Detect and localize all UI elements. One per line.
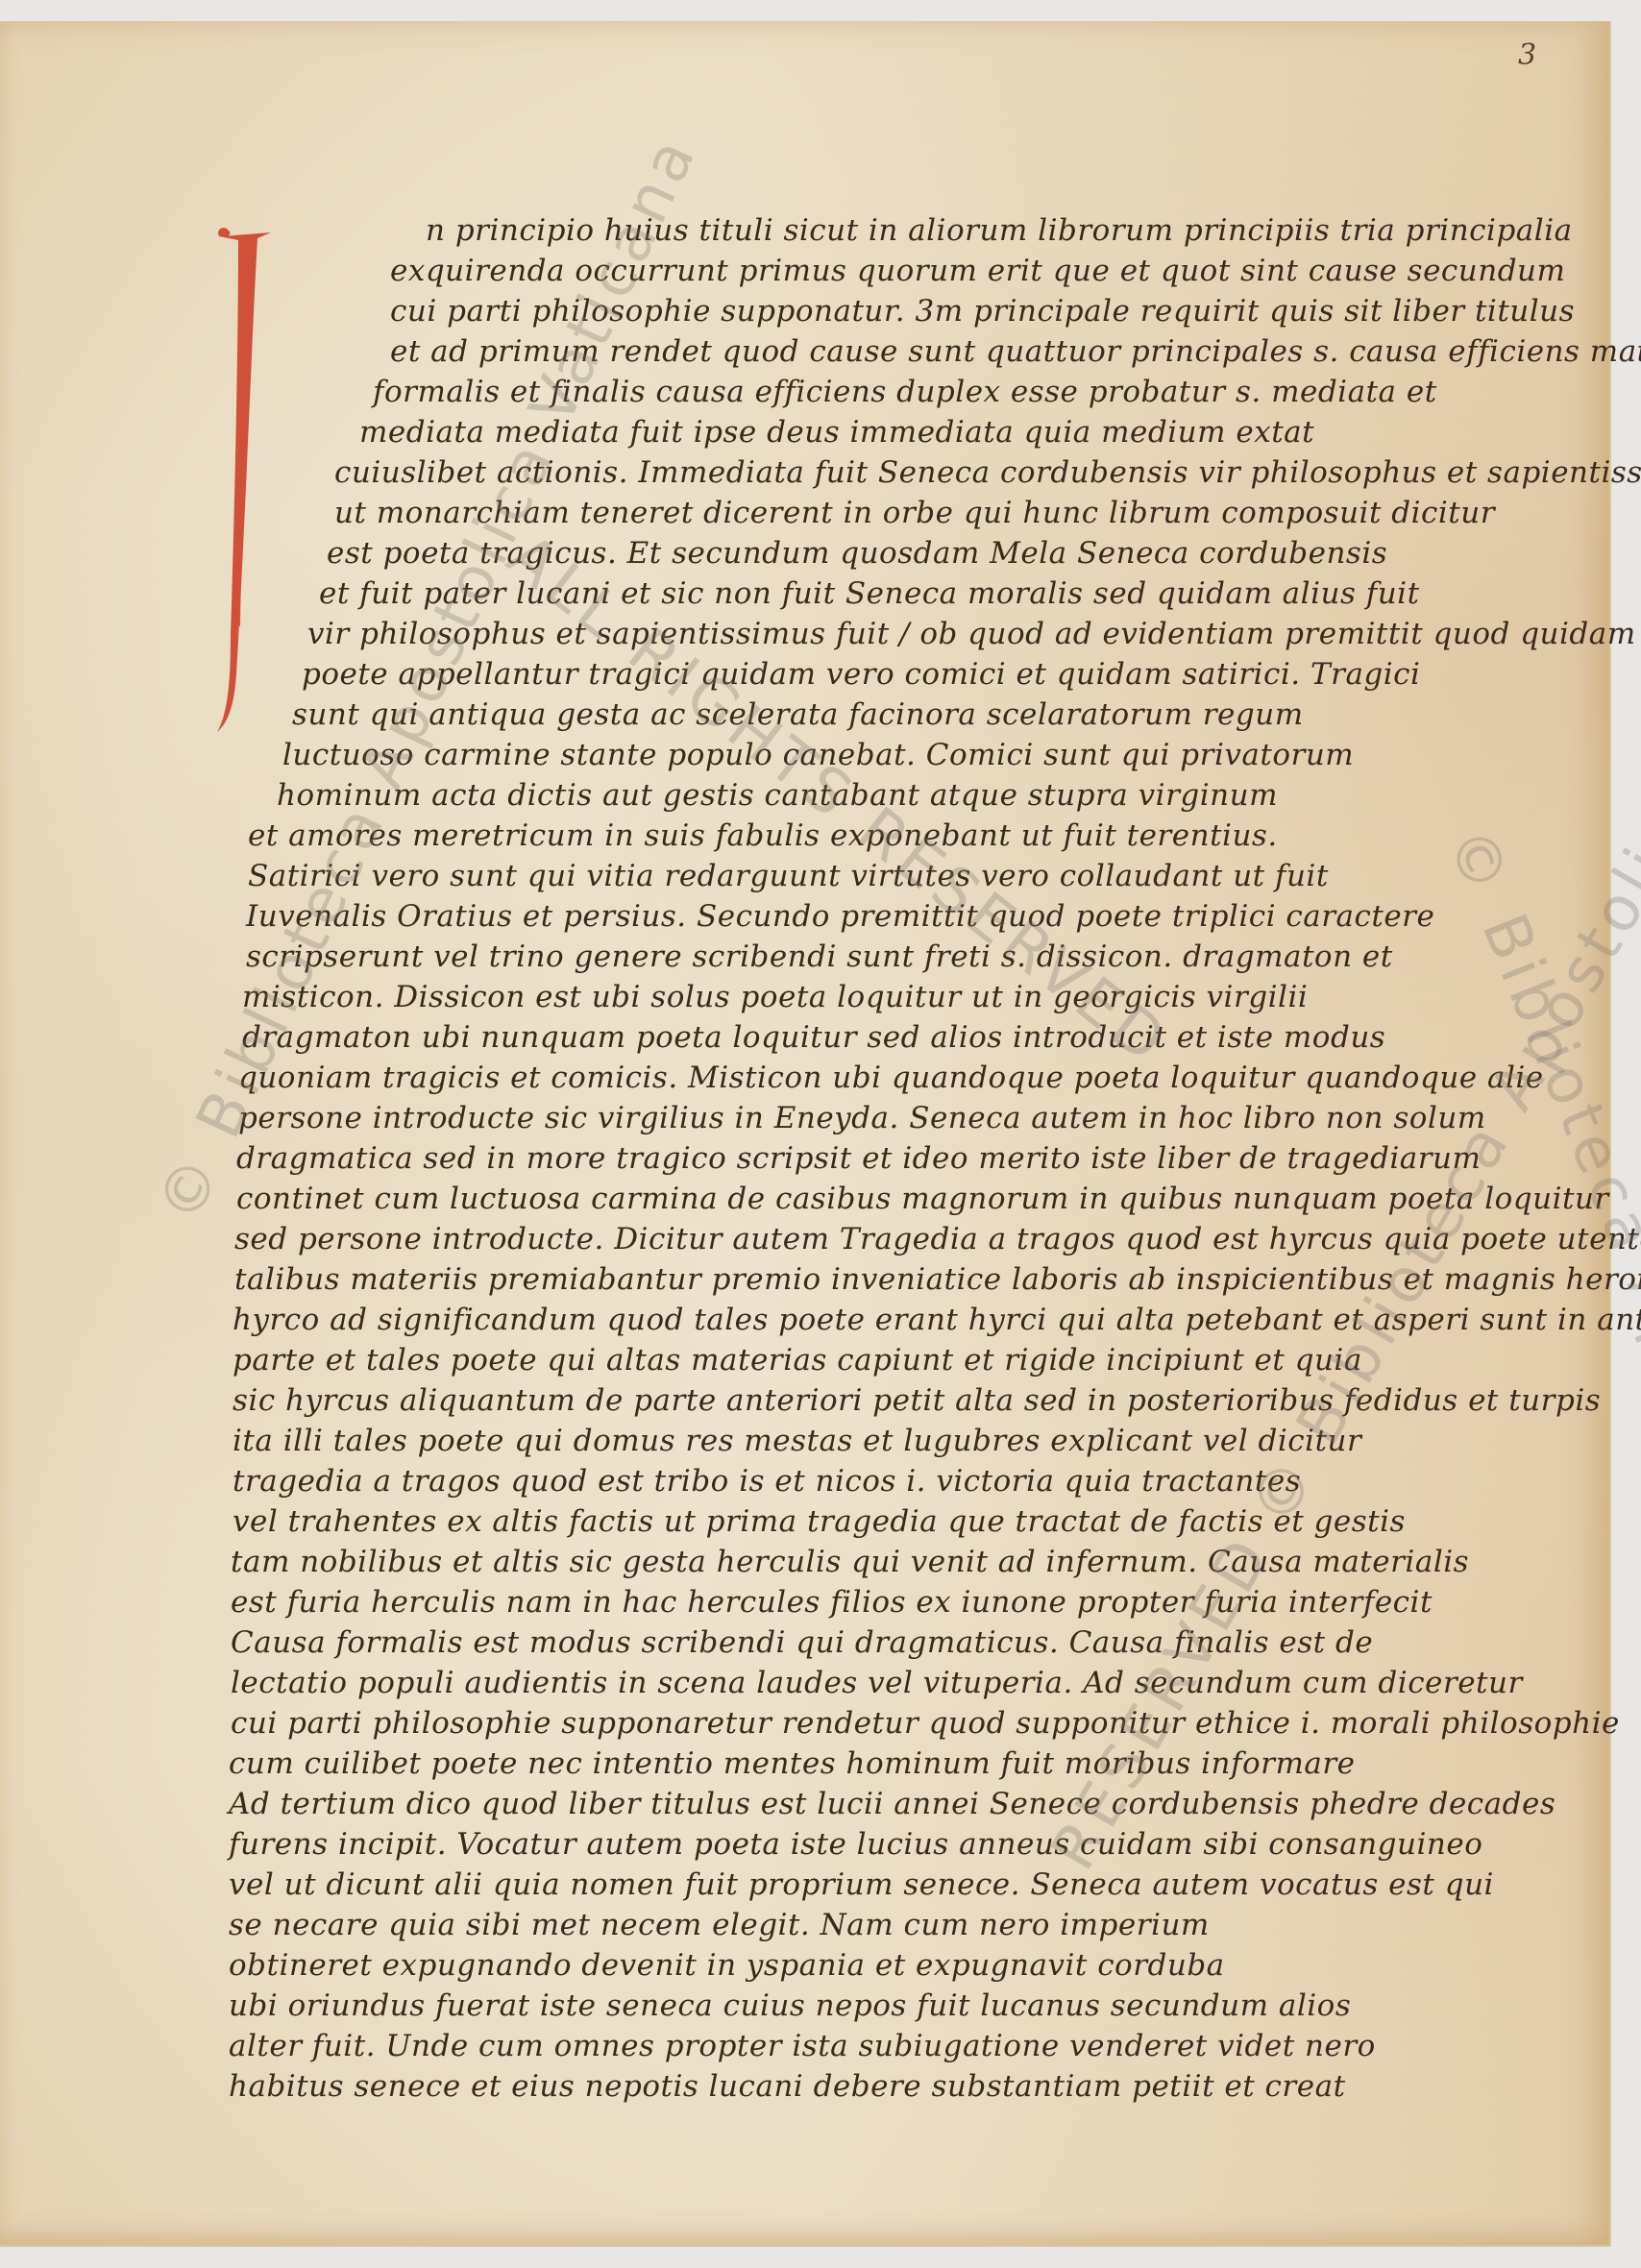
text-line: cui parti philosophie supponatur. 3m pri… — [390, 294, 1575, 329]
text-line: furens incipit. Vocatur autem poeta iste… — [229, 1827, 1482, 1862]
folio-number: 3 — [1518, 38, 1536, 72]
text-line: parte et tales poete qui altas materias … — [233, 1343, 1362, 1378]
text-line: dragmaton ubi nunquam poeta loquitur sed… — [242, 1020, 1385, 1055]
text-line: Satirici vero sunt qui vitia redarguunt … — [248, 859, 1329, 893]
text-line: hyrco ad significandum quod tales poete … — [233, 1303, 1641, 1337]
text-line: mediata mediata fuit ipse deus immediata… — [359, 415, 1314, 450]
text-line: ubi oriundus fuerat iste seneca cuius ne… — [229, 1988, 1351, 2023]
text-line: lectatio populi audientis in scena laude… — [231, 1666, 1523, 1700]
text-line: cum cuilibet poete nec intentio mentes h… — [229, 1746, 1356, 1781]
text-line: vir philosophus et sapientissimus fuit /… — [307, 617, 1636, 651]
text-line: habitus senece et eius nepotis lucani de… — [229, 2069, 1346, 2104]
text-line: et fuit pater lucani et sic non fuit Sen… — [319, 576, 1420, 611]
text-line: dragmatica sed in more tragico scripsit … — [236, 1141, 1481, 1176]
text-line: tam nobilibus et altis sic gesta herculi… — [231, 1545, 1469, 1579]
text-line: est poeta tragicus. Et secundum quosdam … — [327, 536, 1387, 571]
text-line: persone introducte sic virgilius in Eney… — [238, 1101, 1486, 1135]
text-line: sed persone introducte. Dicitur autem Tr… — [234, 1222, 1641, 1256]
text-line: luctuoso carmine stante populo canebat. … — [282, 738, 1354, 772]
text-line: talibus materiis premiabantur premio inv… — [234, 1262, 1641, 1297]
text-line: cuiuslibet actionis. Immediata fuit Sene… — [334, 455, 1641, 490]
text-line: n principio huius tituli sicut in alioru… — [426, 213, 1573, 248]
text-line: formalis et finalis causa efficiens dupl… — [373, 375, 1437, 409]
text-line: hominum acta dictis aut gestis cantabant… — [277, 778, 1278, 813]
text-line: et amores meretricum in suis fabulis exp… — [248, 818, 1278, 853]
text-line: misticon. Dissicon est ubi solus poeta l… — [242, 980, 1308, 1014]
text-line: Iuvenalis Oratius et persius. Secundo pr… — [246, 899, 1434, 934]
text-line: exquirenda occurrunt primus quorum erit … — [390, 254, 1565, 288]
text-line: tragedia a tragos quod est tribo is et n… — [233, 1464, 1301, 1499]
text-line: et ad primum rendet quod cause sunt quat… — [390, 334, 1641, 369]
text-line: sic hyrcus aliquantum de parte anteriori… — [233, 1383, 1601, 1418]
text-line: sunt qui antiqua gesta ac scelerata faci… — [292, 697, 1304, 732]
red-initial-letter — [213, 223, 281, 742]
text-line: cui parti philosophie supponaretur rende… — [231, 1706, 1620, 1741]
manuscript-page: 3 n principio huius tituli sicut in alio… — [0, 21, 1611, 2247]
text-line: Causa formalis est modus scribendi qui d… — [231, 1625, 1373, 1660]
text-line: se necare quia sibi met necem elegit. Na… — [229, 1908, 1210, 1942]
text-line: alter fuit. Unde cum omnes propter ista … — [229, 2029, 1376, 2063]
text-line: continet cum luctuosa carmina de casibus… — [236, 1182, 1609, 1216]
text-line: obtineret expugnando devenit in yspania … — [229, 1948, 1225, 1983]
text-line: vel ut dicunt alii quia nomen fuit propr… — [229, 1867, 1494, 1902]
text-line: ut monarchiam teneret dicerent in orbe q… — [334, 496, 1495, 530]
text-line: est furia herculis nam in hac hercules f… — [231, 1585, 1433, 1620]
text-line: poete appellantur tragici quidam vero co… — [302, 657, 1420, 692]
text-line: Ad tertium dico quod liber titulus est l… — [229, 1787, 1555, 1821]
red-initial-i-icon — [213, 223, 281, 742]
text-line: quoniam tragicis et comicis. Misticon ub… — [238, 1061, 1544, 1095]
text-line: vel trahentes ex altis factis ut prima t… — [233, 1504, 1406, 1539]
text-line: ita illi tales poete qui domus res mesta… — [233, 1424, 1361, 1458]
text-line: scripserunt vel trino genere scribendi s… — [246, 939, 1393, 974]
